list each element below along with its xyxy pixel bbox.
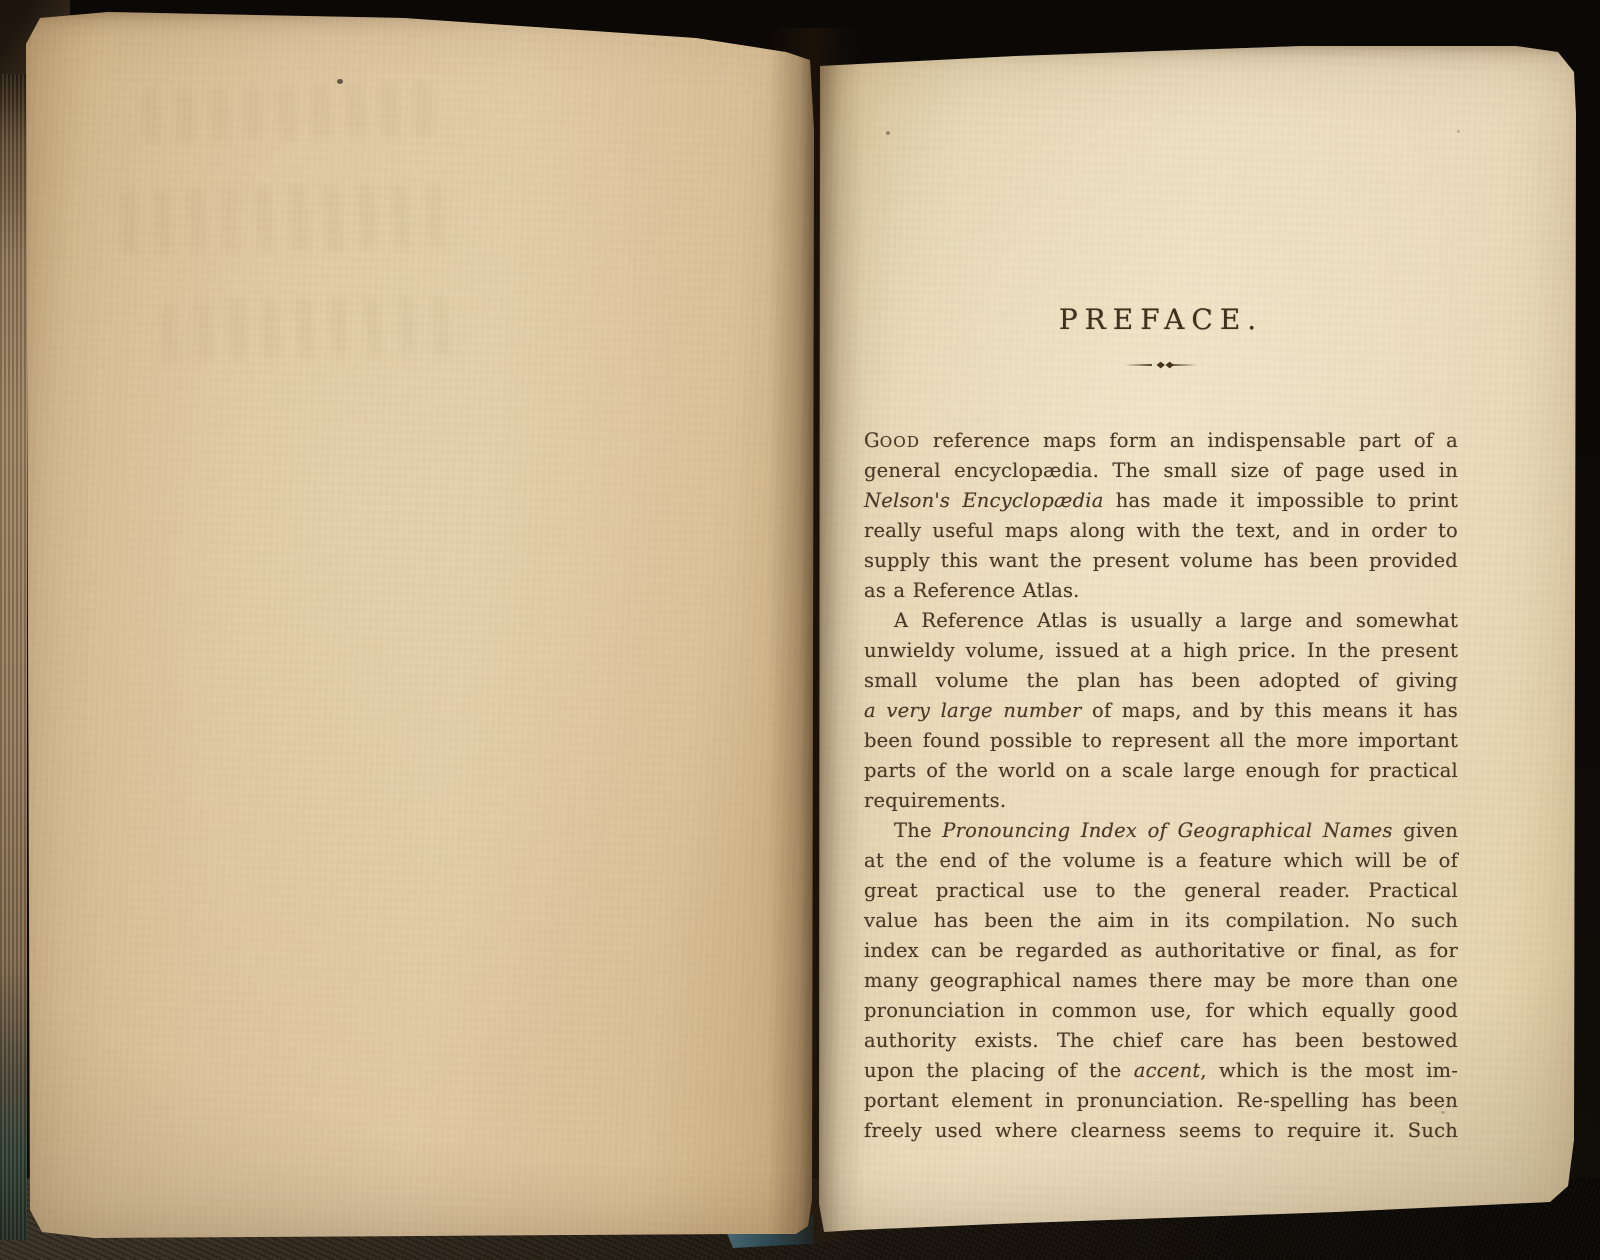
left-page-blank (24, 10, 816, 1240)
book-photo: PREFACE. GOOD reference maps form an ind… (0, 0, 1600, 1260)
text-segment: many geographical names there may be mor… (864, 969, 1458, 992)
text-line: been found possible to represent all the… (864, 726, 1458, 756)
text-segment: supply this want the present volume has … (864, 549, 1458, 572)
text-line: really useful maps along with the text, … (864, 516, 1458, 546)
text-segment: unwieldy volume, issued at a high price.… (864, 639, 1458, 662)
text-segment: portant element in pronunciation. Re-spe… (864, 1089, 1458, 1112)
italic-text: Nelson's Encyclopædia (864, 489, 1104, 512)
text-segment: at the end of the volume is a feature wh… (864, 849, 1458, 872)
text-segment: value has been the aim in its compilatio… (864, 909, 1458, 932)
text-segment: index can be regarded as authoritative o… (864, 939, 1458, 962)
text-line: many geographical names there may be mor… (864, 966, 1458, 996)
text-line: authority exists. The chief care has bee… (864, 1026, 1458, 1056)
text-segment: pronunciation in common use, for which e… (864, 999, 1458, 1022)
divider-ornament-icon (1124, 359, 1198, 371)
text-line: general encyclopædia. The small size of … (864, 456, 1458, 486)
text-segment: really useful maps along with the text, … (864, 519, 1458, 542)
text-line: as a Reference Atlas. (864, 576, 1458, 606)
paper-speck (886, 131, 890, 135)
show-through-mark (161, 295, 464, 360)
show-through-mark (121, 183, 458, 255)
text-line: a very large number of maps, and by this… (864, 696, 1458, 726)
text-line: portant element in pronunciation. Re-spe… (864, 1086, 1458, 1116)
text-segment: given (1393, 819, 1458, 842)
page-edge-stack (0, 74, 27, 1240)
preface-lines: GOOD reference maps form an indispensabl… (864, 426, 1458, 1146)
text-segment: requirements. (864, 789, 1006, 812)
text-segment: The (894, 819, 942, 842)
text-line: at the end of the volume is a feature wh… (864, 846, 1458, 876)
text-segment: freely used where clearness seems to req… (864, 1119, 1458, 1142)
text-line: supply this want the present volume has … (864, 546, 1458, 576)
text-line: requirements. (864, 786, 1458, 816)
italic-text: accent (1134, 1059, 1201, 1082)
paper-speck (1441, 1111, 1445, 1114)
text-segment: upon the placing of the (864, 1059, 1134, 1082)
paper-speck (337, 79, 343, 84)
text-segment: reference maps form an indispensable par… (920, 429, 1458, 452)
text-segment: , which is the most im- (1200, 1059, 1458, 1082)
right-page-preface: PREFACE. GOOD reference maps form an ind… (816, 44, 1580, 1236)
text-line: pronunciation in common use, for which e… (864, 996, 1458, 1026)
page-title: PREFACE. (864, 300, 1458, 340)
text-segment: great practical use to the general reade… (864, 879, 1458, 902)
text-segment: parts of the world on a scale large enou… (864, 759, 1458, 782)
text-segment: been found possible to represent all the… (864, 729, 1458, 752)
text-line: A Reference Atlas is usually a large and… (864, 606, 1458, 636)
text-segment: G (864, 429, 880, 452)
small-caps-text: OOD (880, 433, 920, 451)
text-line: Nelson's Encyclopædia has made it imposs… (864, 486, 1458, 516)
text-line: unwieldy volume, issued at a high price.… (864, 636, 1458, 666)
text-line: value has been the aim in its compilatio… (864, 906, 1458, 936)
text-segment: general encyclopædia. The small size of … (864, 459, 1458, 482)
divider-row (864, 356, 1458, 374)
text-line: GOOD reference maps form an indispensabl… (864, 426, 1458, 456)
text-segment: as a Reference Atlas. (864, 579, 1080, 602)
show-through-mark (144, 83, 435, 142)
text-segment: authority exists. The chief care has bee… (864, 1029, 1458, 1052)
text-line: upon the placing of the accent, which is… (864, 1056, 1458, 1086)
text-segment: A Reference Atlas is usually a large and… (894, 609, 1458, 632)
text-segment: has made it impossible to print (1104, 489, 1458, 512)
text-line: index can be regarded as authoritative o… (864, 936, 1458, 966)
paper-speck (1457, 130, 1460, 133)
text-segment: small volume the plan has been adopted o… (864, 669, 1458, 692)
text-line: parts of the world on a scale large enou… (864, 756, 1458, 786)
preface-content: PREFACE. GOOD reference maps form an ind… (864, 300, 1458, 1146)
text-line: small volume the plan has been adopted o… (864, 666, 1458, 696)
italic-text: a very large number (864, 699, 1081, 722)
text-line: The Pronouncing Index of Geographical Na… (864, 816, 1458, 846)
text-segment: of maps, and by this means it has (1081, 699, 1458, 722)
italic-text: Pronouncing Index of Geographical Names (942, 819, 1392, 842)
text-line: great practical use to the general reade… (864, 876, 1458, 906)
text-line: freely used where clearness seems to req… (864, 1116, 1458, 1146)
